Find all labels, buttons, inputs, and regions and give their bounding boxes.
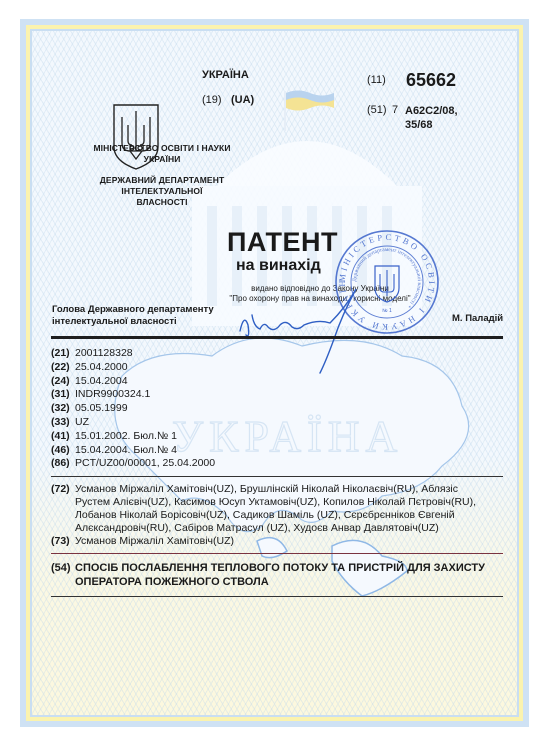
country-code: (UA) xyxy=(231,94,254,106)
section-divider xyxy=(51,476,503,477)
biblio-value: UZ xyxy=(75,416,89,428)
biblio-row: (31)INDR9900324.1 xyxy=(51,388,215,402)
ministry-line-1: МІНІСТЕРСТВО ОСВІТИ І НАУКИ xyxy=(72,143,252,154)
inventors-line: Рустем Алієвіч(UZ), Касимов Юсуп Уктамов… xyxy=(75,496,511,509)
patent-number-label: (11) xyxy=(367,74,386,86)
ministry-name: МІНІСТЕРСТВО ОСВІТИ І НАУКИ УКРАЇНИ xyxy=(72,143,252,165)
svg-text:№ 1: № 1 xyxy=(382,308,392,314)
biblio-row: (41)15.01.2002. Бюл.№ 1 xyxy=(51,430,215,444)
inventors-line: Лобанов Ніколай Борісовіч(UZ), Садиков Ш… xyxy=(75,509,511,522)
document-title: ПАТЕНТ xyxy=(227,227,338,258)
biblio-row: (32)05.05.1999 xyxy=(51,402,215,416)
position-line-1: Голова Державного департаменту xyxy=(52,304,214,316)
biblio-value: INDR9900324.1 xyxy=(75,388,150,400)
signatory-position: Голова Державного департаменту інтелекту… xyxy=(52,304,214,328)
invention-title-line: ОПЕРАТОРА ПОЖЕЖНОГО СТВОЛА xyxy=(75,575,511,589)
invention-title-code: (54) xyxy=(51,561,71,575)
department-line-3: ВЛАСНОСТІ xyxy=(72,197,252,208)
signatory-name: М. Паладій xyxy=(452,313,503,324)
patent-number: 65662 xyxy=(406,70,456,91)
biblio-code: (22) xyxy=(51,361,75,375)
owner-code: (73) xyxy=(51,535,70,548)
biblio-code: (46) xyxy=(51,444,75,458)
document-subtitle: на винахід xyxy=(236,257,321,275)
owner-name: Усманов Міржаліл Хамітовіч(UZ) xyxy=(75,535,511,548)
biblio-row: (46)15.04.2004. Бюл.№ 4 xyxy=(51,444,215,458)
ipc-code: 35/68 xyxy=(405,118,458,132)
section-divider-bottom xyxy=(51,596,503,597)
ipc-edition: 7 xyxy=(392,104,398,116)
inventors-line: Алєксандровіч(RU), Сабіров Матрасул (UZ)… xyxy=(75,522,511,535)
biblio-row: (33)UZ xyxy=(51,416,215,430)
department-name: ДЕРЖАВНИЙ ДЕПАРТАМЕНТ ІНТЕЛЕКТУАЛЬНОЇ ВЛ… xyxy=(72,175,252,208)
biblio-row: (24)15.04.2004 xyxy=(51,375,215,389)
biblio-value: 15.04.2004. Бюл.№ 4 xyxy=(75,444,177,456)
biblio-value: 15.01.2002. Бюл.№ 1 xyxy=(75,430,177,442)
section-divider-red xyxy=(51,553,503,554)
biblio-row: (86)PCT/UZ00/00001, 25.04.2000 xyxy=(51,457,215,471)
ipc-codes: A62C2/08, 35/68 xyxy=(405,104,458,132)
biblio-row: (21)2001128328 xyxy=(51,347,215,361)
invention-title-block: (54) СПОСІБ ПОСЛАБЛЕННЯ ТЕПЛОВОГО ПОТОКУ… xyxy=(51,561,511,589)
biblio-value: 05.05.1999 xyxy=(75,402,128,414)
ministry-line-2: УКРАЇНИ xyxy=(72,154,252,165)
inventors-block: (72) Усманов Міржаліл Хамітовіч(UZ), Бру… xyxy=(51,483,511,548)
signature-scribble-icon xyxy=(238,285,378,375)
inventors-line: Усманов Міржаліл Хамітовіч(UZ), Брушлінс… xyxy=(75,483,511,496)
biblio-value: 15.04.2004 xyxy=(75,375,128,387)
inventors-list: Усманов Міржаліл Хамітовіч(UZ), Брушлінс… xyxy=(75,483,511,535)
biblio-value: PCT/UZ00/00001, 25.04.2000 xyxy=(75,457,215,469)
biblio-value: 2001128328 xyxy=(75,347,133,359)
invention-title: СПОСІБ ПОСЛАБЛЕННЯ ТЕПЛОВОГО ПОТОКУ ТА П… xyxy=(75,561,511,589)
country-code-label: (19) xyxy=(202,94,222,106)
department-line-1: ДЕРЖАВНИЙ ДЕПАРТАМЕНТ xyxy=(72,175,252,186)
biblio-code: (41) xyxy=(51,430,75,444)
section-divider-thick xyxy=(51,336,503,339)
invention-title-line: СПОСІБ ПОСЛАБЛЕННЯ ТЕПЛОВОГО ПОТОКУ ТА П… xyxy=(75,561,511,575)
biblio-code: (33) xyxy=(51,416,75,430)
country-name: УКРАЇНА xyxy=(202,69,249,81)
biblio-code: (86) xyxy=(51,457,75,471)
biblio-value: 25.04.2000 xyxy=(75,361,128,373)
bibliographic-data: (21)2001128328(22)25.04.2000(24)15.04.20… xyxy=(51,347,215,471)
position-line-2: інтелектуальної власності xyxy=(52,316,214,328)
biblio-code: (21) xyxy=(51,347,75,361)
inventors-code: (72) xyxy=(51,483,70,496)
biblio-row: (22)25.04.2000 xyxy=(51,361,215,375)
biblio-code: (31) xyxy=(51,388,75,402)
biblio-code: (24) xyxy=(51,375,75,389)
ipc-label: (51) xyxy=(367,104,387,116)
department-line-2: ІНТЕЛЕКТУАЛЬНОЇ xyxy=(72,186,252,197)
biblio-code: (32) xyxy=(51,402,75,416)
owner-block: (73) Усманов Міржаліл Хамітовіч(UZ) xyxy=(51,535,511,548)
ipc-code: A62C2/08, xyxy=(405,104,458,118)
